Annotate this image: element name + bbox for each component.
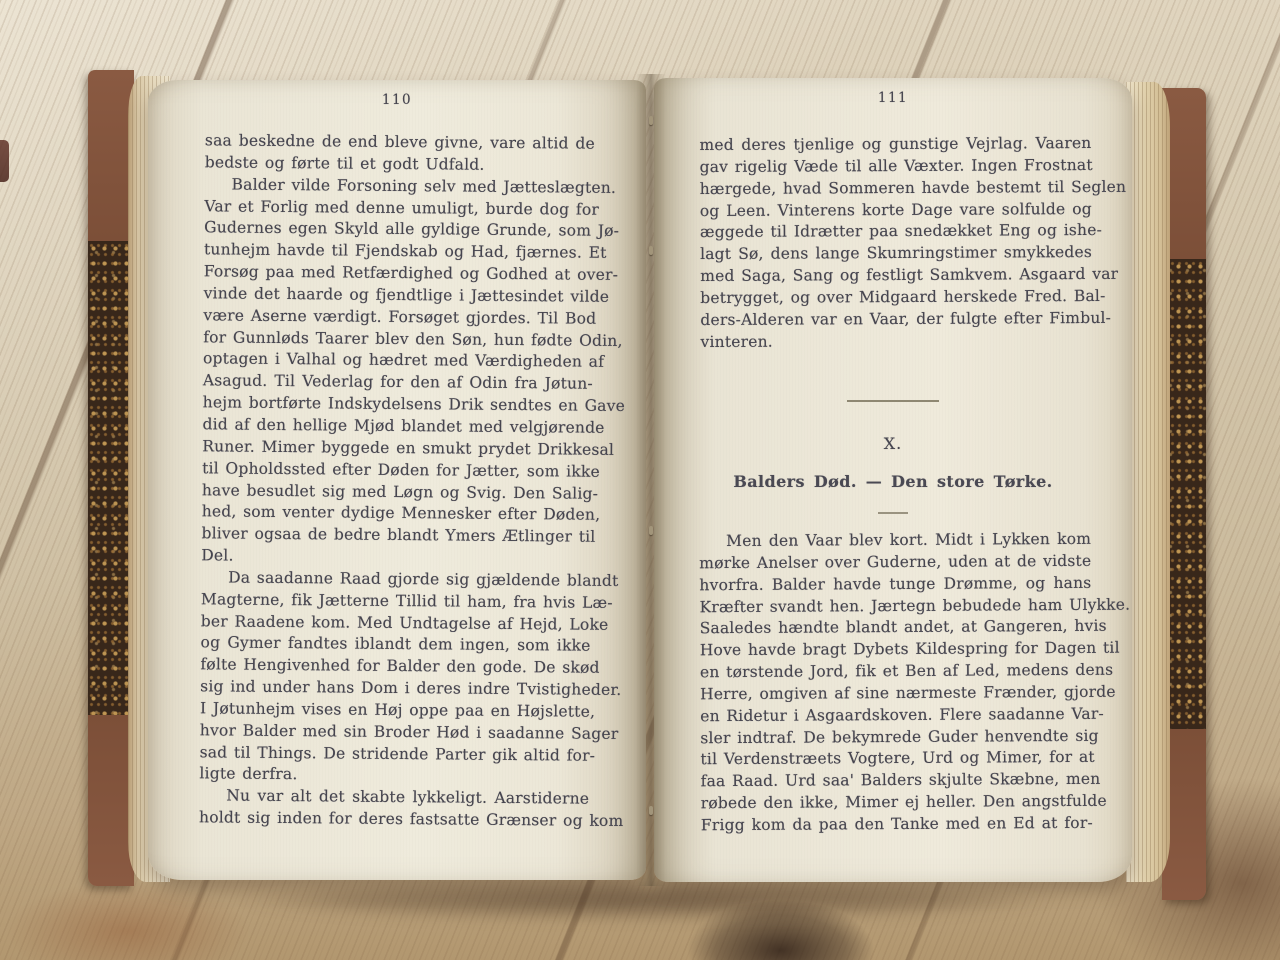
chapter-title: Balders Død. — Den store Tørke. <box>654 472 1132 491</box>
text-line: hvor Balder med sin Broder Hød i saadann… <box>200 720 590 745</box>
text-line: Balder vilde Forsoning selv med Jætteslæ… <box>204 174 594 199</box>
text-line: røbede den ikke, Mimer ej heller. Den an… <box>701 791 1093 815</box>
dark-edge-artifact <box>0 140 9 182</box>
text-line: saa beskedne de end bleve givne, vare al… <box>205 130 595 155</box>
binding-stitch <box>649 116 653 125</box>
binding-stitch <box>649 806 653 815</box>
book-shadow <box>101 878 1192 922</box>
text-line: sler indtraf. De bekymrede Guder henvend… <box>700 725 1092 749</box>
text-line: til Verdenstræets Vogtere, Urd og Mimer,… <box>700 747 1092 771</box>
text-line: I Jøtunhejm vises en Høj oppe paa en Høj… <box>200 698 590 723</box>
binding-stitch <box>649 246 653 255</box>
text-line: hærgede, hvad Sommeren havde bestemt til… <box>700 177 1092 201</box>
text-line: Men den Vaar blev kort. Midt i Lykken ko… <box>699 529 1091 553</box>
text-line: æggede til Idrætter paa snedækket Eng og… <box>700 220 1092 244</box>
text-line: Runer. Mimer byggede en smukt prydet Dri… <box>202 436 592 461</box>
page-number-left: 110 <box>148 92 646 108</box>
text-line: Saaledes hændte blandt andet, at Gangere… <box>700 616 1092 640</box>
text-line: vinde det haarde og fjendtlige i Jættesi… <box>204 283 594 308</box>
page-number-right: 111 <box>654 90 1132 106</box>
text-line: lagt Sø, dens lange Skumringstimer smykk… <box>700 242 1092 266</box>
section-divider <box>847 400 939 402</box>
left-page: 110 saa beskedne de end bleve givne, var… <box>148 80 646 880</box>
text-line: ders-Alderen var en Vaar, der fulgte eft… <box>700 308 1092 332</box>
text-line: bliver ogsaa de bedre blandt Ymers Ætlin… <box>201 523 591 548</box>
right-page: 111 med deres tjenlige og gunstige Vejrl… <box>654 78 1132 882</box>
text-line: Kræfter svandt hen. Jærtegn bebudede ham… <box>699 594 1091 618</box>
text-line: Hove havde bragt Dybets Kildespring for … <box>700 638 1092 662</box>
text-line: Magterne, fik Jætterne Tillid til ham, f… <box>201 589 591 614</box>
binding-stitch <box>649 526 653 535</box>
text-line: Herre, omgiven af sine nærmeste Frænder,… <box>700 682 1092 706</box>
text-line: did af den hellige Mjød blandet med velg… <box>202 414 592 439</box>
text-line: Da saadanne Raad gjorde sig gjældende bl… <box>201 567 591 592</box>
text-line: betrygget, og over Midgaard herskede Fre… <box>700 286 1092 310</box>
chapter-number: X. <box>654 434 1132 453</box>
text-line: holdt sig inden for deres fastsatte Græn… <box>199 807 589 832</box>
text-line: vinteren. <box>700 330 1092 354</box>
right-page-text-bottom: Men den Vaar blev kort. Midt i Lykken ko… <box>699 529 1093 837</box>
text-line: en Ridetur i Asgaardskoven. Flere saadan… <box>700 704 1092 728</box>
title-divider <box>878 512 908 514</box>
left-page-text: saa beskedne de end bleve givne, vare al… <box>199 130 595 832</box>
text-line: bedste og førte til et godt Udfald. <box>205 152 595 177</box>
text-line: være Aserne værdigt. Forsøget gjordes. T… <box>203 305 593 330</box>
text-line: mørke Anelser over Guderne, uden at de v… <box>699 551 1091 575</box>
right-page-text-top: med deres tjenlige og gunstige Vejrlag. … <box>699 133 1092 353</box>
right-page-edges <box>1126 82 1170 882</box>
text-line: hvorfra. Balder havde tunge Drømme, og h… <box>699 572 1091 596</box>
open-book: 110 saa beskedne de end bleve givne, var… <box>78 48 1214 908</box>
text-line: og Leen. Vinterens korte Dage vare solfu… <box>700 199 1092 223</box>
text-line: en tørstende Jord, fik et Ben af Led, me… <box>700 660 1092 684</box>
text-line: med Saga, Sang og festligt Samkvem. Asga… <box>700 264 1092 288</box>
text-line: faa Raad. Urd saa' Balders skjulte Skæbn… <box>701 769 1093 793</box>
text-line: gav rigelig Væde til alle Væxter. Ingen … <box>700 155 1092 179</box>
text-line: til Opholdssted efter Døden for Jætter, … <box>202 458 592 483</box>
text-line: med deres tjenlige og gunstige Vejrlag. … <box>699 133 1091 157</box>
text-line: Frigg kom da paa den Tanke med en Ed at … <box>701 813 1093 837</box>
